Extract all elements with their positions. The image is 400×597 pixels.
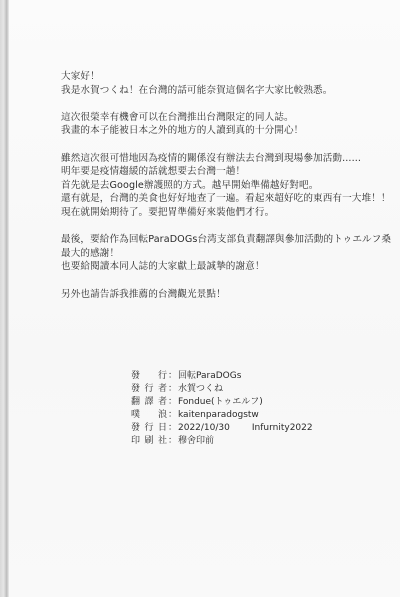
colophon-separator: ： (167, 396, 178, 409)
text-line: 首先就是去Google辦護照的方式。越早開始準備越好對吧。 (61, 179, 391, 193)
colophon-row-publisher: 發 行 ： 回転ParaDOGs (131, 370, 313, 383)
colophon-separator: ： (167, 422, 178, 435)
text-line: 我是水賀つくね！在台灣的話可能奈賀這個名字大家比較熟悉。 (61, 84, 391, 98)
colophon-row-translator: 翻譯者 ： Fondue(トゥエルフ) (131, 396, 313, 409)
text-line: 現在就開始期待了。要把胃準備好來裝他們才行。 (61, 206, 391, 220)
paragraph-closing: 另外也請告訴我推薦的台灣觀光景點！ (61, 288, 391, 302)
scanned-page: 大家好！ 我是水賀つくね！在台灣的話可能奈賀這個名字大家比較熟悉。 這次很榮幸有… (0, 0, 400, 597)
colophon: 發 行 ： 回転ParaDOGs 發行者 ： 水賀つくね 翻譯者 ： Fondu… (131, 370, 313, 448)
colophon-separator: ： (167, 370, 178, 383)
afterword-text: 大家好！ 我是水賀つくね！在台灣的話可能奈賀這個名字大家比較熟悉。 這次很榮幸有… (61, 70, 391, 301)
text-line: 最大的感謝！ (61, 247, 391, 261)
paragraph-thanks-release: 這次很榮幸有機會可以在台灣推出台灣限定的同人誌。 我畫的本子能被日本之外的地方的… (61, 111, 391, 138)
paragraph-travel-plans: 雖然這次很可惜地因為疫情的關係沒有辦法去台灣到現場參加活動...... 明年要是… (61, 152, 391, 220)
colophon-label: 發行者 (131, 383, 167, 396)
colophon-separator: ： (167, 383, 178, 396)
colophon-value: 水賀つくね (178, 383, 223, 396)
paragraph-greeting: 大家好！ 我是水賀つくね！在台灣的話可能奈賀這個名字大家比較熟悉。 (61, 70, 391, 97)
colophon-row-date: 發行日 ： 2022/10/30 Infurnity2022 (131, 422, 313, 435)
colophon-row-printer: 印刷社 ： 穆舍印前 (131, 435, 313, 448)
colophon-value: Fondue(トゥエルフ) (178, 396, 263, 409)
paragraph-gap (61, 97, 391, 111)
text-line: 這次很榮幸有機會可以在台灣推出台灣限定的同人誌。 (61, 111, 391, 125)
text-line: 另外也請告訴我推薦的台灣觀光景點！ (61, 288, 391, 302)
text-line: 大家好！ (61, 70, 391, 84)
colophon-value: 回転ParaDOGs (178, 370, 241, 383)
text-line: 最後，要給作為回転ParaDOGs台湾支部負責翻譯與參加活動的トゥエルフ桑 (61, 233, 391, 247)
colophon-value: kaitenparadogstw (178, 409, 259, 422)
colophon-label: 發行日 (131, 422, 167, 435)
colophon-value: 穆舍印前 (178, 435, 214, 448)
text-line: 明年要是疫情趨緩的話就想要去台灣一趟！ (61, 165, 391, 179)
colophon-row-author: 發行者 ： 水賀つくね (131, 383, 313, 396)
colophon-label: 噗 浪 (131, 409, 167, 422)
colophon-value: 2022/10/30 (178, 422, 230, 435)
paragraph-gap (61, 220, 391, 234)
colophon-label: 發 行 (131, 370, 167, 383)
page-binding-edge (0, 0, 9, 597)
text-line: 雖然這次很可惜地因為疫情的關係沒有辦法去台灣到現場參加活動...... (61, 152, 391, 166)
colophon-separator: ： (167, 409, 178, 422)
colophon-label: 印刷社 (131, 435, 167, 448)
colophon-row-plurk: 噗 浪 ： kaitenparadogstw (131, 409, 313, 422)
colophon-label: 翻譯者 (131, 396, 167, 409)
paragraph-acknowledgements: 最後，要給作為回転ParaDOGs台湾支部負責翻譯與參加活動的トゥエルフ桑 最大… (61, 233, 391, 274)
text-line: 還有就是，台灣的美食也好好地查了一遍。看起來超好吃的東西有一大堆！！ (61, 192, 391, 206)
text-line: 我畫的本子能被日本之外的地方的人讀到真的十分開心！ (61, 124, 391, 138)
colophon-separator: ： (167, 435, 178, 448)
paragraph-gap (61, 138, 391, 152)
paragraph-gap (61, 274, 391, 288)
colophon-event: Infurnity2022 (252, 422, 313, 435)
text-line: 也要給閱讀本同人誌的大家獻上最誠摯的謝意！ (61, 260, 391, 274)
